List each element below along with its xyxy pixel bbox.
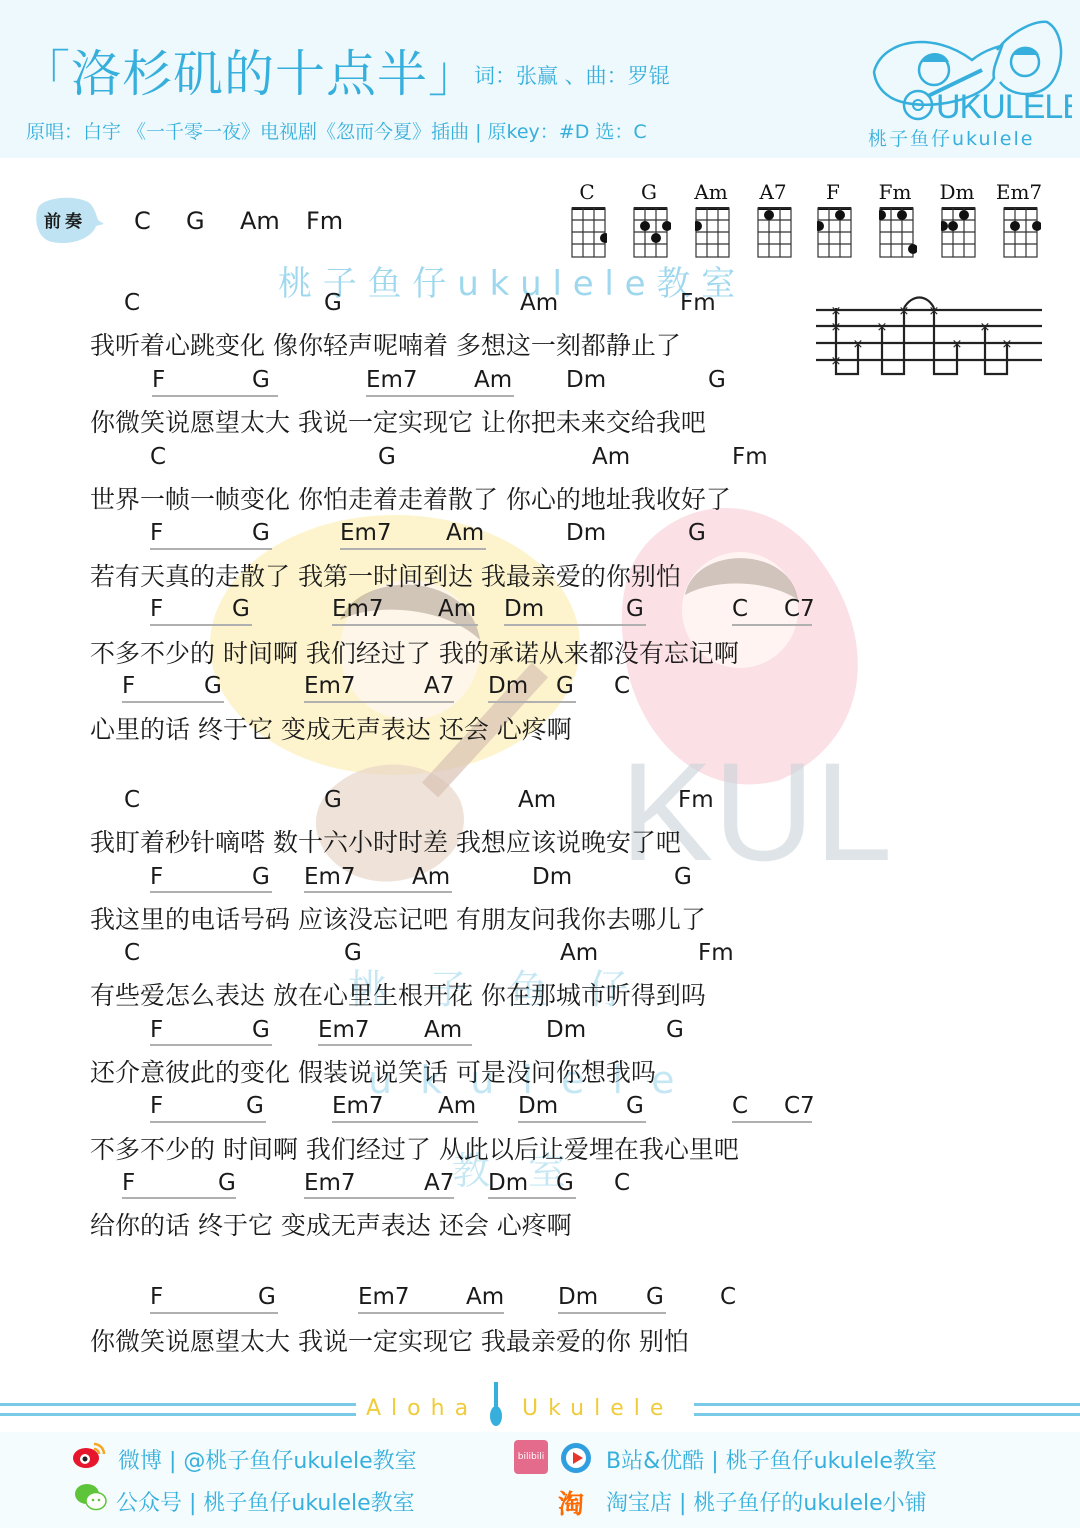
chord-label: Dm <box>558 1284 598 1310</box>
chord-label: C <box>614 1170 630 1196</box>
chord-label: C <box>124 940 140 966</box>
svg-text:×: × <box>877 320 888 335</box>
divider <box>694 1403 1080 1406</box>
divider <box>694 1413 1080 1416</box>
chord-label: G <box>626 596 644 622</box>
lyric-line: 心里的话 终于它 变成无声表达 还会 心疼啊 <box>90 710 572 746</box>
weibo-link[interactable]: 微博 | @桃子鱼仔ukulele教室 <box>118 1444 417 1475</box>
video-link[interactable]: B站&优酷 | 桃子鱼仔ukulele教室 <box>606 1444 937 1475</box>
chord-underline <box>152 395 278 397</box>
chord-label: Am <box>474 367 512 393</box>
chord-label: Dm <box>566 367 606 393</box>
chord-label: G <box>344 940 362 966</box>
chord-label: Em7 <box>366 367 418 393</box>
chord-label: F <box>150 1284 163 1310</box>
wechat-link[interactable]: 公众号 | 桃子鱼仔ukulele教室 <box>116 1486 415 1517</box>
weibo-icon <box>72 1440 106 1470</box>
chord-label: G <box>708 367 726 393</box>
intro-chord: C <box>134 207 151 235</box>
chord-label: F <box>150 520 163 546</box>
chord-label: G <box>218 1170 236 1196</box>
chord-underline <box>732 1121 812 1123</box>
chord-label: Em7 <box>358 1284 410 1310</box>
chord-label: F <box>150 596 163 622</box>
chord-label: Dm <box>518 1093 558 1119</box>
chord-label: Fm <box>698 940 734 966</box>
chord-underline <box>304 891 452 893</box>
svg-text:×: × <box>899 304 910 319</box>
chord-underline <box>150 548 272 550</box>
chord-label: Em7 <box>332 596 384 622</box>
chord-underline <box>150 624 252 626</box>
chord-label: Am <box>424 1017 462 1043</box>
chord-underline <box>504 624 646 626</box>
chord-label: G <box>252 520 270 546</box>
svg-text:UKULELE: UKULELE <box>936 88 1072 126</box>
song-title: 「洛杉矶的十点半」 <box>20 34 479 106</box>
svg-text:×: × <box>1002 337 1013 352</box>
chord-label: G <box>556 1170 574 1196</box>
chord-label: Fm <box>678 787 714 813</box>
chord-label: Dm <box>504 596 544 622</box>
chord-label: F <box>122 673 135 699</box>
lyric-line: 我这里的电话号码 应该没忘记吧 有朋友问我你去哪儿了 <box>90 900 706 936</box>
chord-underline <box>150 1312 278 1314</box>
watermark-top: 桃 子 鱼 仔 u k u l e l e 教 室 <box>278 256 735 305</box>
chord-underline <box>318 1044 472 1046</box>
svg-text:×: × <box>831 354 842 369</box>
chord-label: G <box>246 1093 264 1119</box>
chord-label: G <box>556 673 574 699</box>
chord-label: G <box>324 787 342 813</box>
chord-label: Fm <box>680 290 716 316</box>
chord-label: Am <box>438 1093 476 1119</box>
chord-underline <box>558 1312 666 1314</box>
chord-underline <box>732 624 812 626</box>
lyric-line: 我盯着秒针嘀嗒 数十六小时时差 我想应该说晚安了吧 <box>90 823 681 859</box>
lyric-line: 若有天真的走散了 我第一时间到达 我最亲爱的你别怕 <box>90 557 681 593</box>
chord-underline <box>150 1121 266 1123</box>
chord-underline <box>304 701 454 703</box>
chord-label: G <box>252 864 270 890</box>
chord-label: Em7 <box>318 1017 370 1043</box>
chord-underline <box>304 1197 454 1199</box>
chord-label: Dm <box>566 520 606 546</box>
chord-underline <box>332 624 478 626</box>
lyric-line: 还介意彼此的变化 假装说说笑话 可是没问你想我吗 <box>90 1053 656 1089</box>
chord-underline <box>366 395 514 397</box>
chord-label: F <box>150 864 163 890</box>
chord-label: C <box>124 787 140 813</box>
chord-label: G <box>252 1017 270 1043</box>
chord-underline <box>518 1121 646 1123</box>
chord-label: Am <box>518 787 556 813</box>
chord-underline <box>150 1044 272 1046</box>
svg-text:KULELE: KULELE <box>620 733 900 890</box>
chord-label: A7 <box>424 673 454 699</box>
lyric-line: 你微笑说愿望太大 我说一定实现它 我最亲爱的你 别怕 <box>90 1322 689 1358</box>
lyric-line: 给你的话 终于它 变成无声表达 还会 心疼啊 <box>90 1206 572 1242</box>
svg-text:×: × <box>831 320 842 335</box>
chord-underline <box>358 1312 504 1314</box>
chord-label: Em7 <box>340 520 392 546</box>
chord-label: C <box>720 1284 736 1310</box>
chord-label: Dm <box>488 1170 528 1196</box>
chord-label: C7 <box>784 596 815 622</box>
taobao-icon: 淘 <box>558 1484 584 1521</box>
intro-chord: G <box>186 207 205 235</box>
chord-underline <box>488 1197 576 1199</box>
chord-label: Em7 <box>304 673 356 699</box>
banner-ukulele: Ukulele <box>522 1396 673 1421</box>
chord-label: G <box>626 1093 644 1119</box>
chord-label: C7 <box>784 1093 815 1119</box>
song-info: 原唱：白宇 《一千零一夜》电视剧《忽而今夏》插曲 | 原key：#D 选：C <box>26 117 647 144</box>
ukulele-paddle-icon <box>488 1382 504 1426</box>
svg-text:×: × <box>929 304 940 319</box>
wechat-icon <box>74 1482 108 1512</box>
chord-label: Em7 <box>304 1170 356 1196</box>
divider <box>0 1413 356 1416</box>
chord-label: Am <box>520 290 558 316</box>
chord-label: Am <box>560 940 598 966</box>
lyric-line: 不多不少的 时间啊 我们经过了 我的承诺从来都没有忘记啊 <box>90 634 739 670</box>
svg-text:×: × <box>952 337 963 352</box>
chord-label: G <box>688 520 706 546</box>
chord-label: G <box>258 1284 276 1310</box>
song-credits: 词：张赢 、曲：罗锟 <box>474 60 670 90</box>
chord-label: G <box>666 1017 684 1043</box>
chord-label: C <box>732 1093 748 1119</box>
lyric-line: 世界一帧一帧变化 你怕走着走着散了 你心的地址我收好了 <box>90 480 731 516</box>
intro-chord: Fm <box>306 207 343 235</box>
intro-chord: Am <box>240 207 280 235</box>
lyric-line: 你微笑说愿望太大 我说一定实现它 让你把未来交给我吧 <box>90 403 706 439</box>
banner-aloha: Aloha <box>366 1396 478 1421</box>
svg-text:×: × <box>980 320 991 335</box>
chord-label: G <box>232 596 250 622</box>
taobao-link[interactable]: 淘宝店 | 桃子鱼仔的ukulele小铺 <box>606 1486 927 1517</box>
chord-label: Dm <box>546 1017 586 1043</box>
chord-underline <box>150 891 272 893</box>
chord-label: Em7 <box>332 1093 384 1119</box>
chord-label: G <box>646 1284 664 1310</box>
chord-label: G <box>252 367 270 393</box>
divider <box>0 1403 356 1406</box>
chord-label: C <box>614 673 630 699</box>
bilibili-icon: bilibili <box>514 1440 548 1474</box>
chord-label: Am <box>466 1284 504 1310</box>
chord-label: Am <box>446 520 484 546</box>
lyric-line: 有些爱怎么表达 放在心里生根开花 你在那城市听得到吗 <box>90 976 706 1012</box>
chord-underline <box>488 701 576 703</box>
chord-underline <box>332 1121 478 1123</box>
chord-label: Fm <box>732 444 768 470</box>
chord-label: F <box>150 1093 163 1119</box>
chord-label: F <box>152 367 165 393</box>
chord-underline <box>340 548 486 550</box>
chord-label: Am <box>412 864 450 890</box>
chord-label: F <box>122 1170 135 1196</box>
intro-label: 前奏 <box>44 207 86 232</box>
brand-name: 桃子鱼仔ukulele <box>868 124 1034 151</box>
chord-label: F <box>150 1017 163 1043</box>
fretboard-icon <box>571 206 607 258</box>
strum-pattern-icon: ××× ××× ××× × <box>812 294 1052 378</box>
chord-label: Dm <box>532 864 572 890</box>
chord-label: Em7 <box>304 864 356 890</box>
chord-label: Am <box>592 444 630 470</box>
chord-label: G <box>324 290 342 316</box>
chord-label: G <box>378 444 396 470</box>
youku-icon <box>560 1442 592 1474</box>
chord-label: G <box>204 673 222 699</box>
chord-underline <box>122 701 224 703</box>
svg-text:×: × <box>853 337 864 352</box>
chord-label: C <box>124 290 140 316</box>
chord-label: G <box>674 864 692 890</box>
chord-label: Dm <box>488 673 528 699</box>
chord-label: A7 <box>424 1170 454 1196</box>
lyric-line: 我听着心跳变化 像你轻声呢喃着 多想这一刻都静止了 <box>90 326 681 362</box>
chord-label: Am <box>438 596 476 622</box>
lyric-line: 不多不少的 时间啊 我们经过了 从此以后让爱埋在我心里吧 <box>90 1130 739 1166</box>
chord-underline <box>122 1197 236 1199</box>
chord-label: C <box>150 444 166 470</box>
chord-label: C <box>732 596 748 622</box>
svg-text:×: × <box>831 304 842 319</box>
